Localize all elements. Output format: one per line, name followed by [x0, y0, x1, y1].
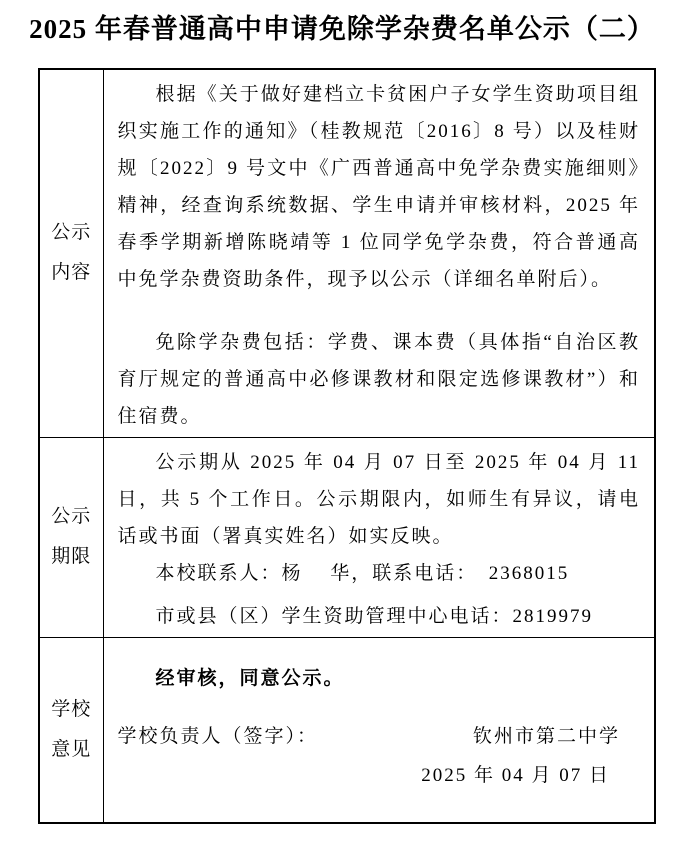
content-cell-announcement: 根据《关于做好建档立卡贫困户子女学生资助项目组织实施工作的通知》（桂教规范〔20… — [103, 69, 655, 437]
row-label-content-line2: 内容 — [40, 253, 103, 293]
row-label-period-line1: 公示 — [40, 497, 103, 537]
school-name: 钦州市第二中学 — [473, 718, 620, 755]
approval-statement: 经审核，同意公示。 — [118, 660, 641, 697]
table-row-opinion: 学校 意见 经审核，同意公示。 学校负责人（签字）： 钦州市第二中学 2025 … — [39, 637, 655, 823]
row-label-content: 公示 内容 — [39, 69, 103, 437]
row-label-period-line2: 期限 — [40, 537, 103, 577]
signature-label: 学校负责人（签字）： — [118, 718, 319, 755]
content-cell-period: 公示期从 2025 年 04 月 07 日至 2025 年 04 月 11 日，… — [103, 437, 655, 637]
content-cell-opinion: 经审核，同意公示。 学校负责人（签字）： 钦州市第二中学 2025 年 04 月… — [103, 637, 655, 823]
notice-table: 公示 内容 根据《关于做好建档立卡贫困户子女学生资助项目组织实施工作的通知》（桂… — [38, 68, 656, 824]
signature-row: 学校负责人（签字）： 钦州市第二中学 — [118, 718, 641, 755]
district-contact-line: 市或县（区）学生资助管理中心电话：2819979 — [118, 598, 641, 635]
row-label-content-line1: 公示 — [40, 213, 103, 253]
announcement-paragraph-scope: 免除学杂费包括：学费、课本费（具体指“自治区教育厅规定的普通高中必修课教材和限定… — [118, 324, 641, 435]
row-label-opinion-line2: 意见 — [40, 730, 103, 770]
signature-date: 2025 年 04 月 07 日 — [118, 757, 641, 794]
announcement-paragraph-basis: 根据《关于做好建档立卡贫困户子女学生资助项目组织实施工作的通知》（桂教规范〔20… — [118, 76, 641, 298]
period-paragraph: 公示期从 2025 年 04 月 07 日至 2025 年 04 月 11 日，… — [118, 444, 641, 555]
document-title: 2025 年春普通高中申请免除学杂费名单公示（二） — [0, 10, 684, 48]
document-page: 2025 年春普通高中申请免除学杂费名单公示（二） 公示 内容 根据《关于做好建… — [0, 0, 684, 852]
table-row-content: 公示 内容 根据《关于做好建档立卡贫困户子女学生资助项目组织实施工作的通知》（桂… — [39, 69, 655, 437]
table-row-period: 公示 期限 公示期从 2025 年 04 月 07 日至 2025 年 04 月… — [39, 437, 655, 637]
row-label-opinion: 学校 意见 — [39, 637, 103, 823]
row-label-opinion-line1: 学校 — [40, 690, 103, 730]
school-contact-line: 本校联系人：杨 华，联系电话： 2368015 — [118, 555, 641, 592]
row-label-period: 公示 期限 — [39, 437, 103, 637]
